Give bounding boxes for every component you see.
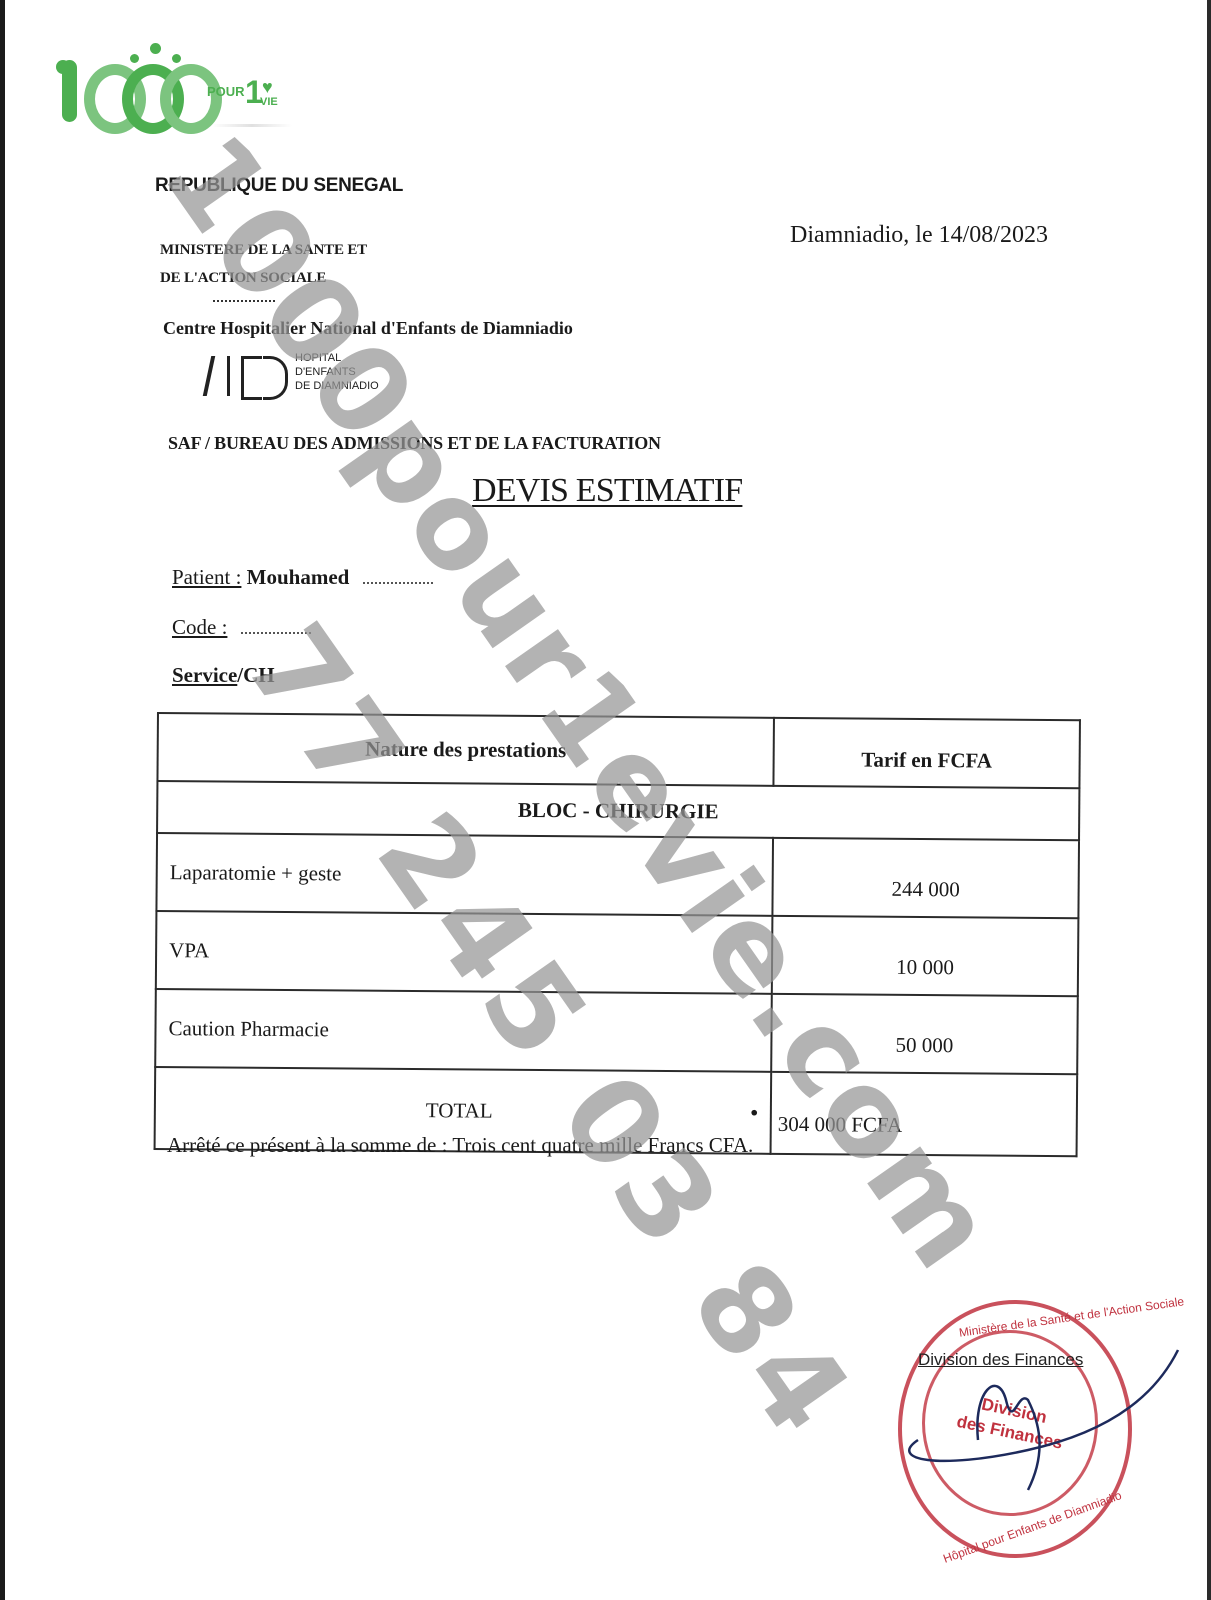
place-date: Diamniadio, le 14/08/2023 — [790, 222, 1048, 249]
row-amount: 10 000 — [772, 916, 1079, 996]
ministry-line-1: MINISTERE DE LA SANTE ET — [160, 236, 367, 264]
ministry-heading: MINISTERE DE LA SANTE ET DE L'ACTION SOC… — [160, 236, 367, 292]
section-label: BLOC - CHIRURGIE — [157, 781, 1079, 840]
table-row: Laparatomie + geste 244 000 — [156, 833, 1079, 918]
redacted-surname — [363, 572, 433, 584]
table-header-row: Nature des prestations Tarif en FCFA — [157, 713, 1080, 788]
quote-table: Nature des prestations Tarif en FCFA BLO… — [154, 712, 1081, 1157]
hospital-logo-line: HOPITAL — [295, 351, 379, 365]
logo-mark — [227, 356, 234, 396]
logo-mark — [241, 356, 262, 400]
patient-name: Mouhamed — [247, 565, 350, 589]
republic-heading: REPUBLIQUE DU SENEGAL — [155, 175, 403, 197]
service-field: Service/CH — [172, 663, 275, 688]
hospital-logo: HOPITAL D'ENFANTS DE DIAMNIADIO — [205, 350, 405, 400]
row-label: VPA — [156, 911, 773, 994]
logo-vie-text: VIE — [260, 96, 278, 108]
ministry-line-2: DE L'ACTION SOCIALE — [160, 264, 367, 292]
patient-field: Patient : Mouhamed — [172, 565, 433, 590]
row-label: Caution Pharmacie — [155, 989, 772, 1072]
code-field: Code : — [172, 615, 311, 640]
service-label: Service — [172, 663, 237, 687]
logo-dot — [150, 43, 161, 54]
service-value: /CH — [237, 663, 274, 687]
table-section-row: BLOC - CHIRURGIE — [157, 781, 1079, 840]
document-title: DEVIS ESTIMATIF — [472, 472, 742, 510]
column-header-tarif: Tarif en FCFA — [773, 718, 1080, 788]
scan-edge-right — [1207, 0, 1211, 1600]
table-row: Caution Pharmacie 50 000 — [155, 989, 1078, 1074]
logo-shadow — [212, 124, 292, 127]
table-row: VPA 10 000 — [156, 911, 1079, 996]
patient-label: Patient : — [172, 565, 241, 589]
separator-dashes — [213, 300, 275, 302]
amount-in-words: Arrêté ce présent à la somme de : Trois … — [167, 1133, 753, 1158]
code-label: Code : — [172, 615, 227, 639]
hospital-name: Centre Hospitalier National d'Enfants de… — [163, 318, 573, 339]
redacted-code — [241, 622, 311, 634]
logo-dot — [172, 54, 181, 63]
row-label: Laparatomie + geste — [156, 833, 773, 916]
logo-pour-text: POUR — [207, 84, 245, 99]
total-label: TOTAL — [426, 1098, 493, 1123]
heart-icon: ♥ — [262, 78, 273, 96]
bullet-mark: • — [750, 1100, 758, 1125]
scan-edge-left — [0, 0, 5, 1600]
brand-logo: POUR 1 ♥ VIE — [62, 40, 292, 130]
official-stamp: Ministère de la Santé et de l'Action Soc… — [898, 1300, 1134, 1560]
logo-dot — [130, 54, 139, 63]
row-amount: 244 000 — [772, 838, 1079, 918]
logo-digit-one — [62, 60, 77, 122]
hospital-logo-text: HOPITAL D'ENFANTS DE DIAMNIADIO — [295, 351, 379, 393]
logo-mark — [203, 356, 216, 396]
hospital-logo-line: DE DIAMNIADIO — [295, 379, 379, 393]
signature-icon — [878, 1330, 1198, 1510]
logo-mark — [263, 356, 288, 400]
hospital-logo-line: D'ENFANTS — [295, 365, 379, 379]
total-amount: 304 000 FCFA — [771, 1072, 1078, 1156]
column-header-nature: Nature des prestations — [157, 713, 774, 786]
department-heading: SAF / BUREAU DES ADMISSIONS ET DE LA FAC… — [168, 433, 661, 454]
row-amount: 50 000 — [771, 994, 1078, 1074]
